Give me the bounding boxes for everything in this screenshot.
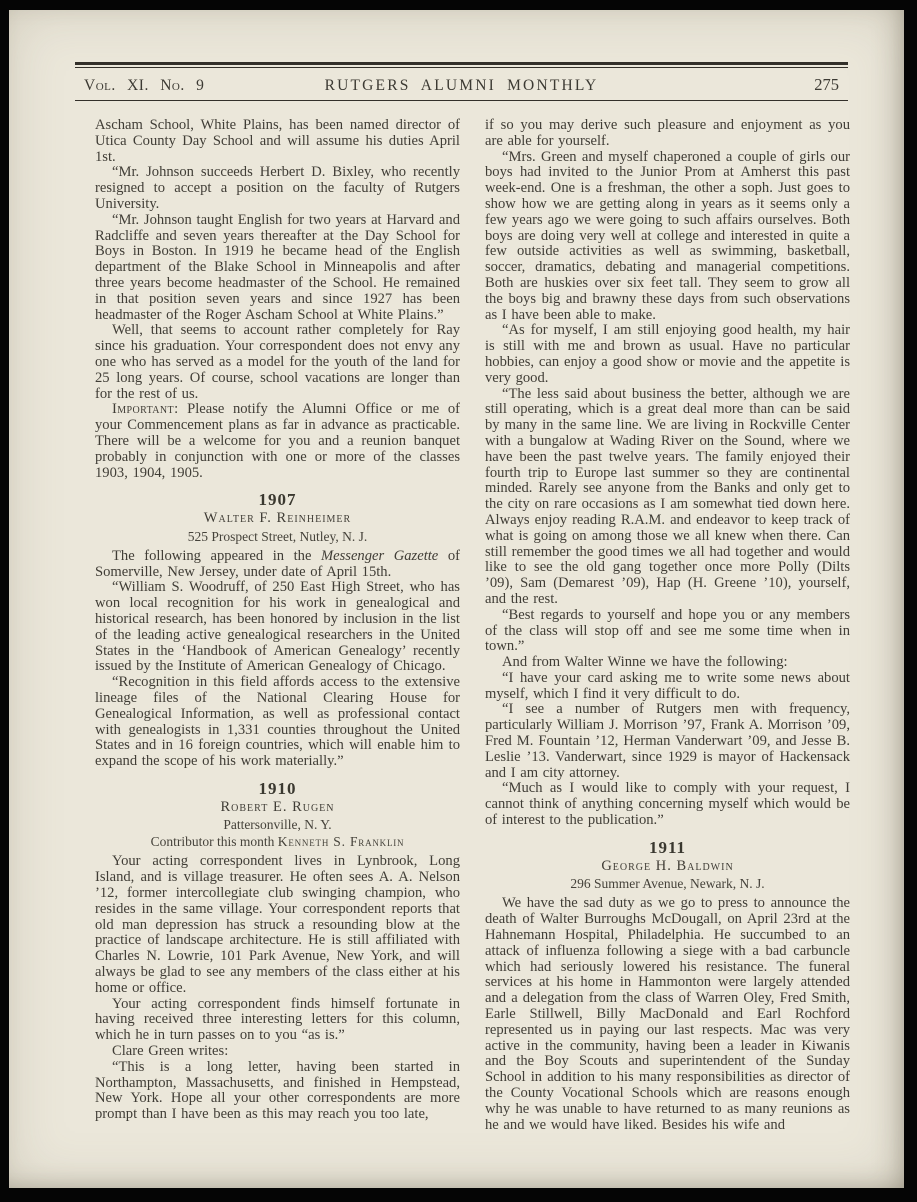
paragraph: “This is a long letter, having been star… [95,1060,460,1123]
correspondent-name: Robert E. Rugen [95,799,460,817]
paragraph: “The less said about business the better… [485,387,850,608]
two-column-text: Ascham School, White Plains, has been na… [95,118,847,1188]
class-year: 1910 [95,779,460,799]
volume-issue-label: Vol. XI. No. 9 [84,77,284,95]
class-year: 1907 [95,490,460,510]
paragraph: “Best regards to yourself and hope you o… [485,608,850,655]
paragraph: “Mr. Johnson taught English for two year… [95,213,460,324]
paragraph: Ascham School, White Plains, has been na… [95,118,460,165]
paragraph: And from Walter Winne we have the follow… [485,655,850,671]
magazine-page: Vol. XI. No. 9 RUTGERS ALUMNI MONTHLY 27… [9,10,904,1188]
paragraph: if so you may derive such pleasure and e… [485,118,850,150]
paragraph: “I see a number of Rutgers men with freq… [485,702,850,781]
paragraph-text: The following appeared in the [112,548,321,564]
page-number: 275 [639,75,839,95]
contributor-prefix: Contributor this month [151,834,278,849]
paragraph: Well, that seems to account rather compl… [95,323,460,402]
paragraph: “I have your card asking me to write som… [485,671,850,703]
paragraph: Important: Please notify the Alumni Offi… [95,402,460,481]
header-bottom-rule [75,100,848,101]
left-column: Ascham School, White Plains, has been na… [95,118,460,1188]
correspondent-name: George H. Baldwin [485,858,850,876]
section-heading-1910: 1910 Robert E. Rugen Pattersonville, N. … [95,779,460,851]
section-heading-1911: 1911 George H. Baldwin 296 Summer Avenue… [485,838,850,893]
correspondent-address: 525 Prospect Street, Nutley, N. J. [95,528,460,545]
paragraph: Clare Green writes: [95,1044,460,1060]
paragraph: “As for myself, I am still enjoying good… [485,323,850,386]
section-heading-1907: 1907 Walter F. Reinheimer 525 Prospect S… [95,490,460,545]
paragraph: “Mrs. Green and myself chaperoned a coup… [485,150,850,324]
important-label: Important: [112,401,179,417]
header-top-rule-thick [75,62,848,65]
paragraph: Your acting correspondent finds himself … [95,997,460,1044]
paragraph: We have the sad duty as we go to press t… [485,896,850,1133]
contributor-line: Contributor this month Kenneth S. Frankl… [95,833,460,850]
right-column: if so you may derive such pleasure and e… [485,118,850,1188]
header-row: Vol. XI. No. 9 RUTGERS ALUMNI MONTHLY 27… [75,68,848,100]
magazine-title: RUTGERS ALUMNI MONTHLY [284,77,639,95]
correspondent-name: Walter F. Reinheimer [95,510,460,528]
paragraph: “Much as I would like to comply with you… [485,781,850,828]
paragraph: “William S. Woodruff, of 250 East High S… [95,580,460,675]
publication-name: Messenger Gazette [321,548,438,564]
paragraph: “Mr. Johnson succeeds Herbert D. Bixley,… [95,165,460,212]
paragraph: “Recognition in this field affords acces… [95,675,460,770]
paragraph: Your acting correspondent lives in Lynbr… [95,854,460,996]
contributor-name: Kenneth S. Franklin [278,834,405,849]
correspondent-address: Pattersonville, N. Y. [95,816,460,833]
paragraph: The following appeared in the Messenger … [95,549,460,581]
page-header: Vol. XI. No. 9 RUTGERS ALUMNI MONTHLY 27… [75,62,848,101]
class-year: 1911 [485,838,850,858]
correspondent-address: 296 Summer Avenue, Newark, N. J. [485,875,850,892]
